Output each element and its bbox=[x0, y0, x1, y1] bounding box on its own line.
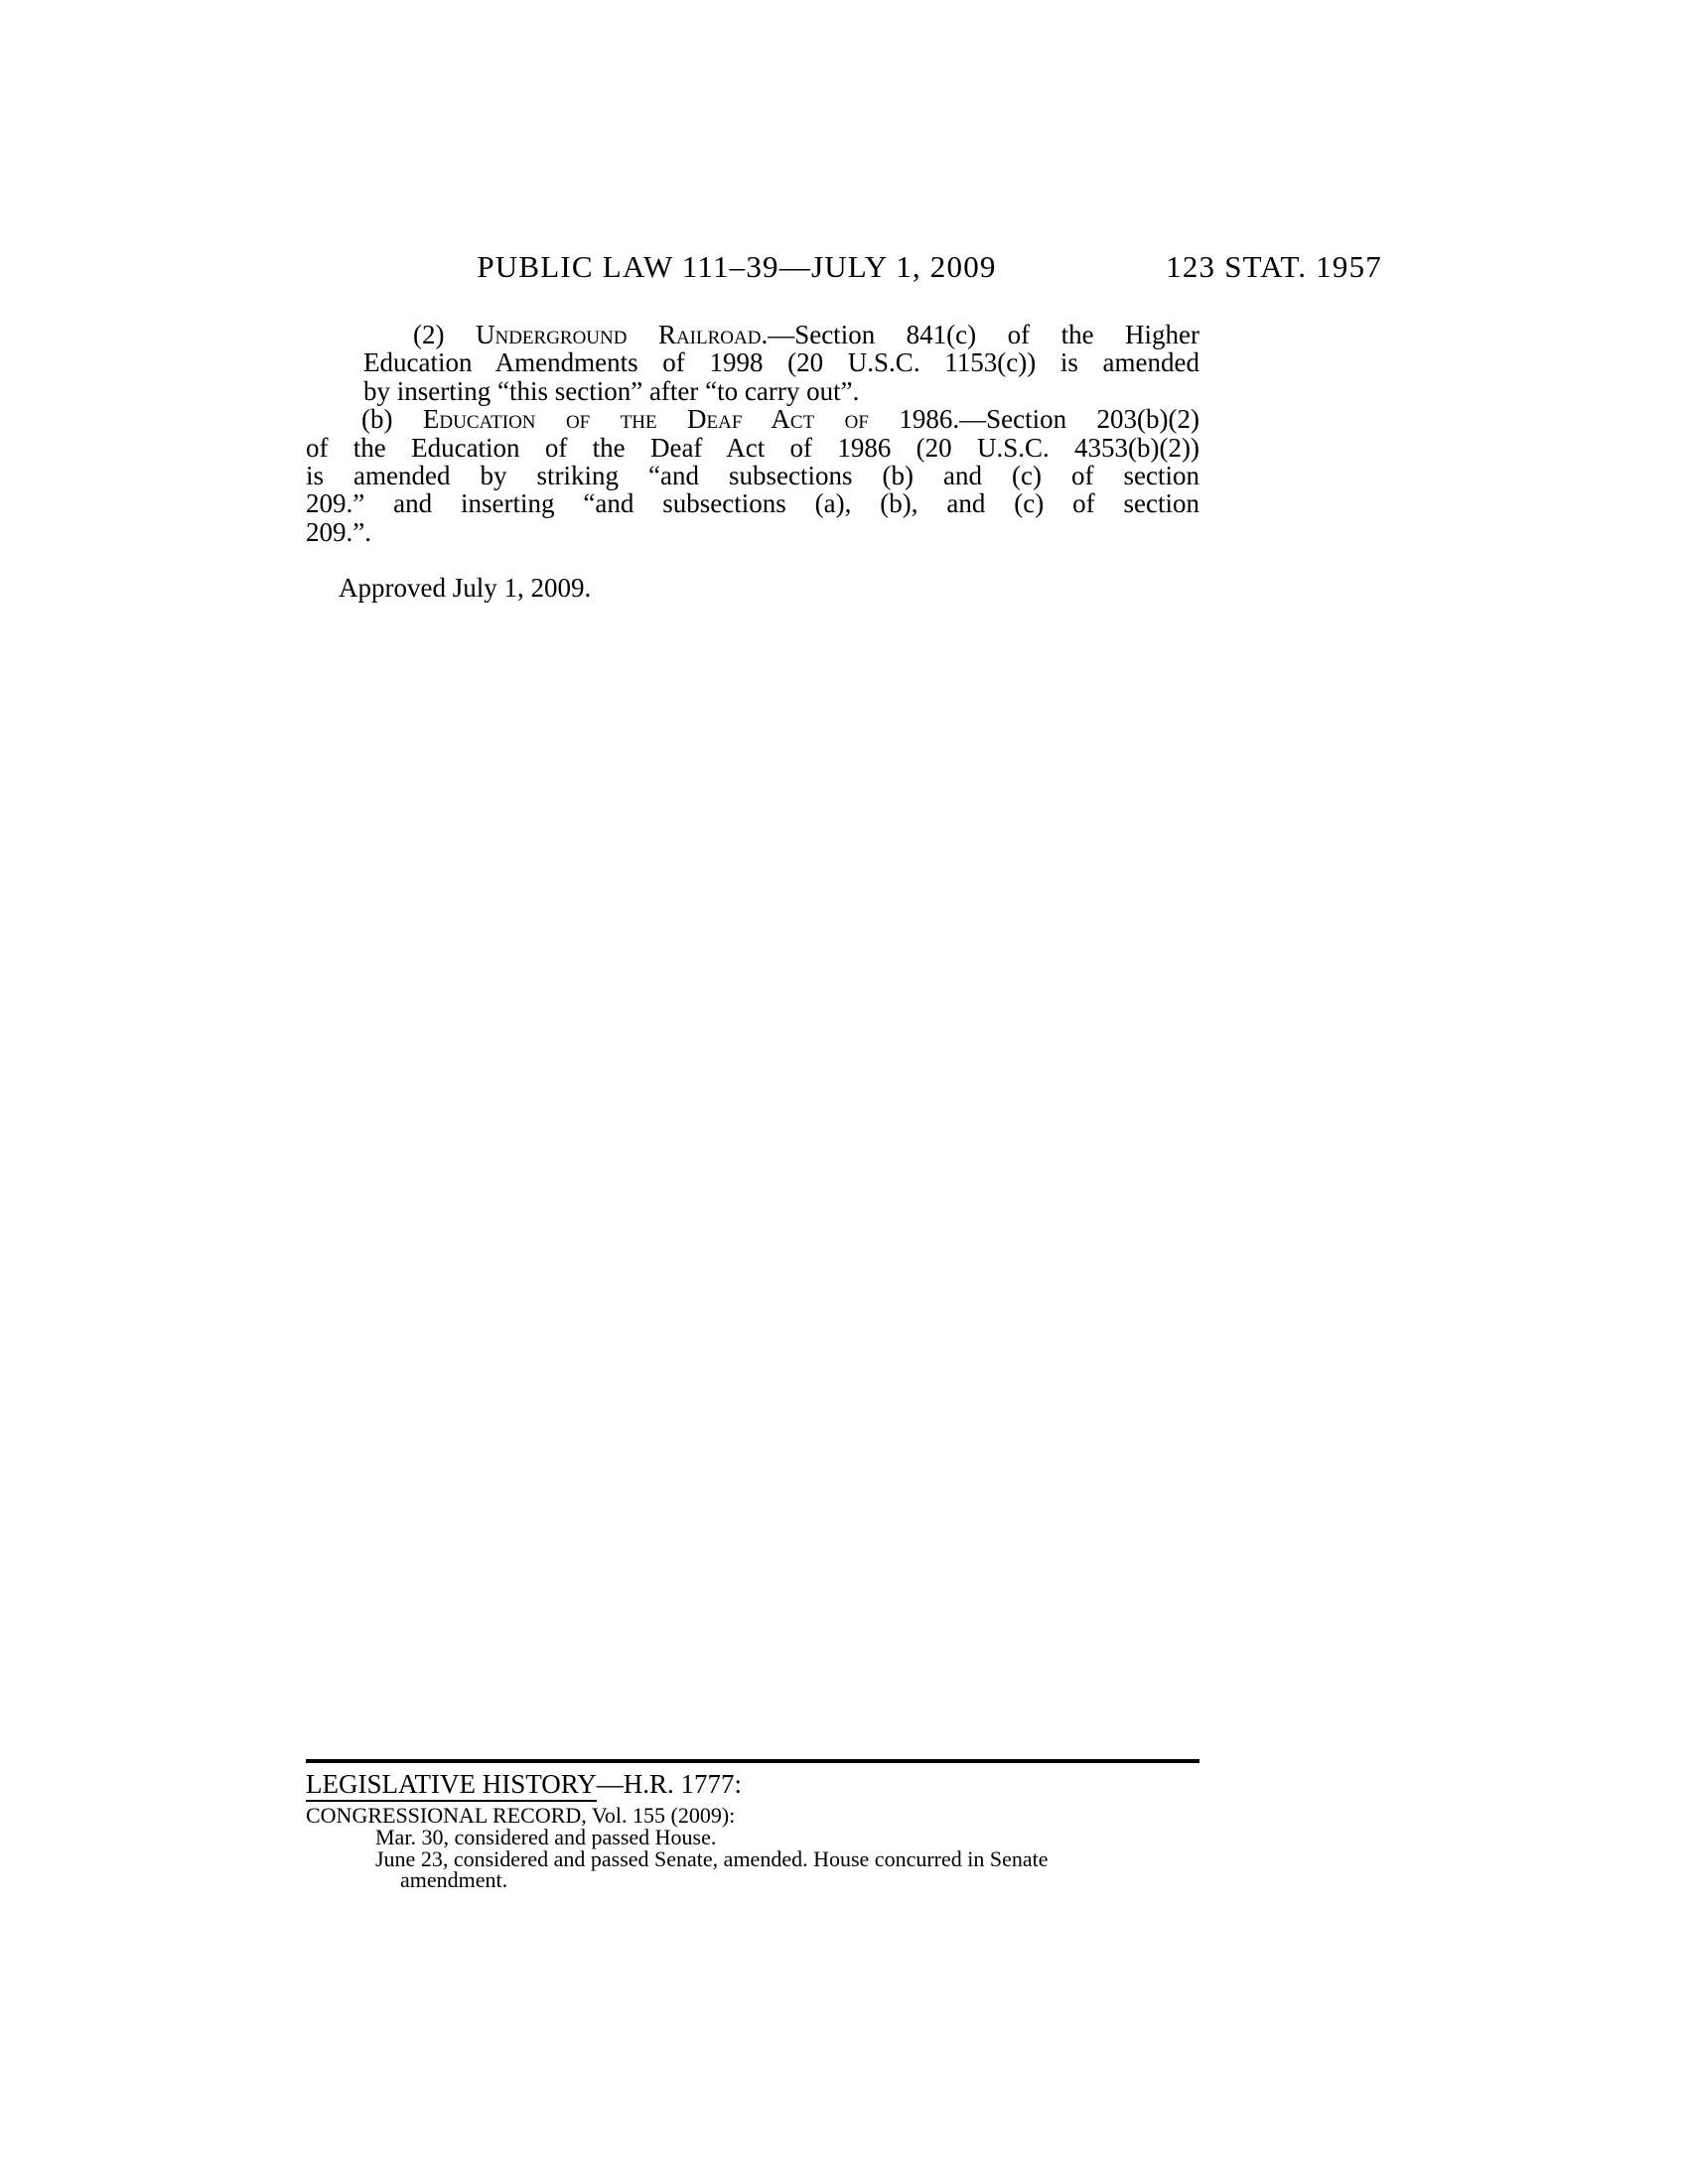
text-line: is amended by striking “and subsections … bbox=[306, 462, 1199, 489]
running-header-title: PUBLIC LAW 111–39—JULY 1, 2009 bbox=[290, 250, 1184, 284]
text-line: (2) Underground Railroad.—Section 841(c)… bbox=[413, 321, 1199, 348]
text-line: Education Amendments of 1998 (20 U.S.C. … bbox=[363, 348, 1199, 376]
text-segment: 209.” and inserting “and subsections (a)… bbox=[306, 488, 1199, 518]
congressional-record-block: CONGRESSIONAL RECORD, Vol. 155 (2009):Ma… bbox=[306, 1805, 1209, 1891]
legislative-history-rule bbox=[306, 1759, 1199, 1763]
text-segment: Education of the Deaf Act of 1986. bbox=[423, 404, 959, 434]
text-line: of the Education of the Deaf Act of 1986… bbox=[306, 434, 1199, 462]
text-segment: Education Amendments of 1998 (20 U.S.C. … bbox=[363, 347, 1199, 377]
text-line: 209.”. bbox=[306, 518, 1199, 546]
text-segment: (2) bbox=[413, 320, 476, 349]
text-segment: is amended by striking “and subsections … bbox=[306, 461, 1199, 490]
text-segment: (b) bbox=[361, 404, 423, 434]
running-header-page-number: 123 STAT. 1957 bbox=[1152, 250, 1382, 284]
statute-body-text: (2) Underground Railroad.—Section 841(c)… bbox=[306, 321, 1199, 546]
approval-line: Approved July 1, 2009. bbox=[339, 574, 591, 602]
statute-page: PUBLIC LAW 111–39—JULY 1, 2009 123 STAT.… bbox=[0, 0, 1688, 2184]
legislative-history-title: LEGISLATIVE HISTORY—H.R. 1777: bbox=[306, 1769, 1199, 1799]
text-segment: amendment. bbox=[400, 1867, 507, 1892]
text-line: 209.” and inserting “and subsections (a)… bbox=[306, 489, 1199, 517]
text-line: LEGISLATIVE HISTORY—H.R. 1777: bbox=[306, 1769, 1199, 1799]
underlined-text-segment: LEGISLATIVE HISTORY bbox=[306, 1769, 597, 1802]
text-line: by inserting “this section” after “to ca… bbox=[363, 377, 1199, 405]
text-segment: by inserting “this section” after “to ca… bbox=[363, 376, 859, 406]
text-segment: —Section 203(b)(2) bbox=[959, 404, 1199, 434]
text-line: (b) Education of the Deaf Act of 1986.—S… bbox=[361, 405, 1199, 433]
text-line: amendment. bbox=[400, 1869, 1209, 1891]
text-segment: 209.”. bbox=[306, 517, 371, 547]
text-line: CONGRESSIONAL RECORD, Vol. 155 (2009): bbox=[306, 1805, 1209, 1827]
text-line: Mar. 30, considered and passed House. bbox=[375, 1827, 1209, 1848]
text-segment: —Section 841(c) of the Higher bbox=[768, 320, 1199, 349]
text-line: June 23, considered and passed Senate, a… bbox=[375, 1848, 1209, 1870]
text-segment: —H.R. 1777: bbox=[597, 1769, 742, 1799]
text-segment: Underground Railroad. bbox=[476, 320, 768, 349]
text-segment: of the Education of the Deaf Act of 1986… bbox=[306, 433, 1199, 463]
